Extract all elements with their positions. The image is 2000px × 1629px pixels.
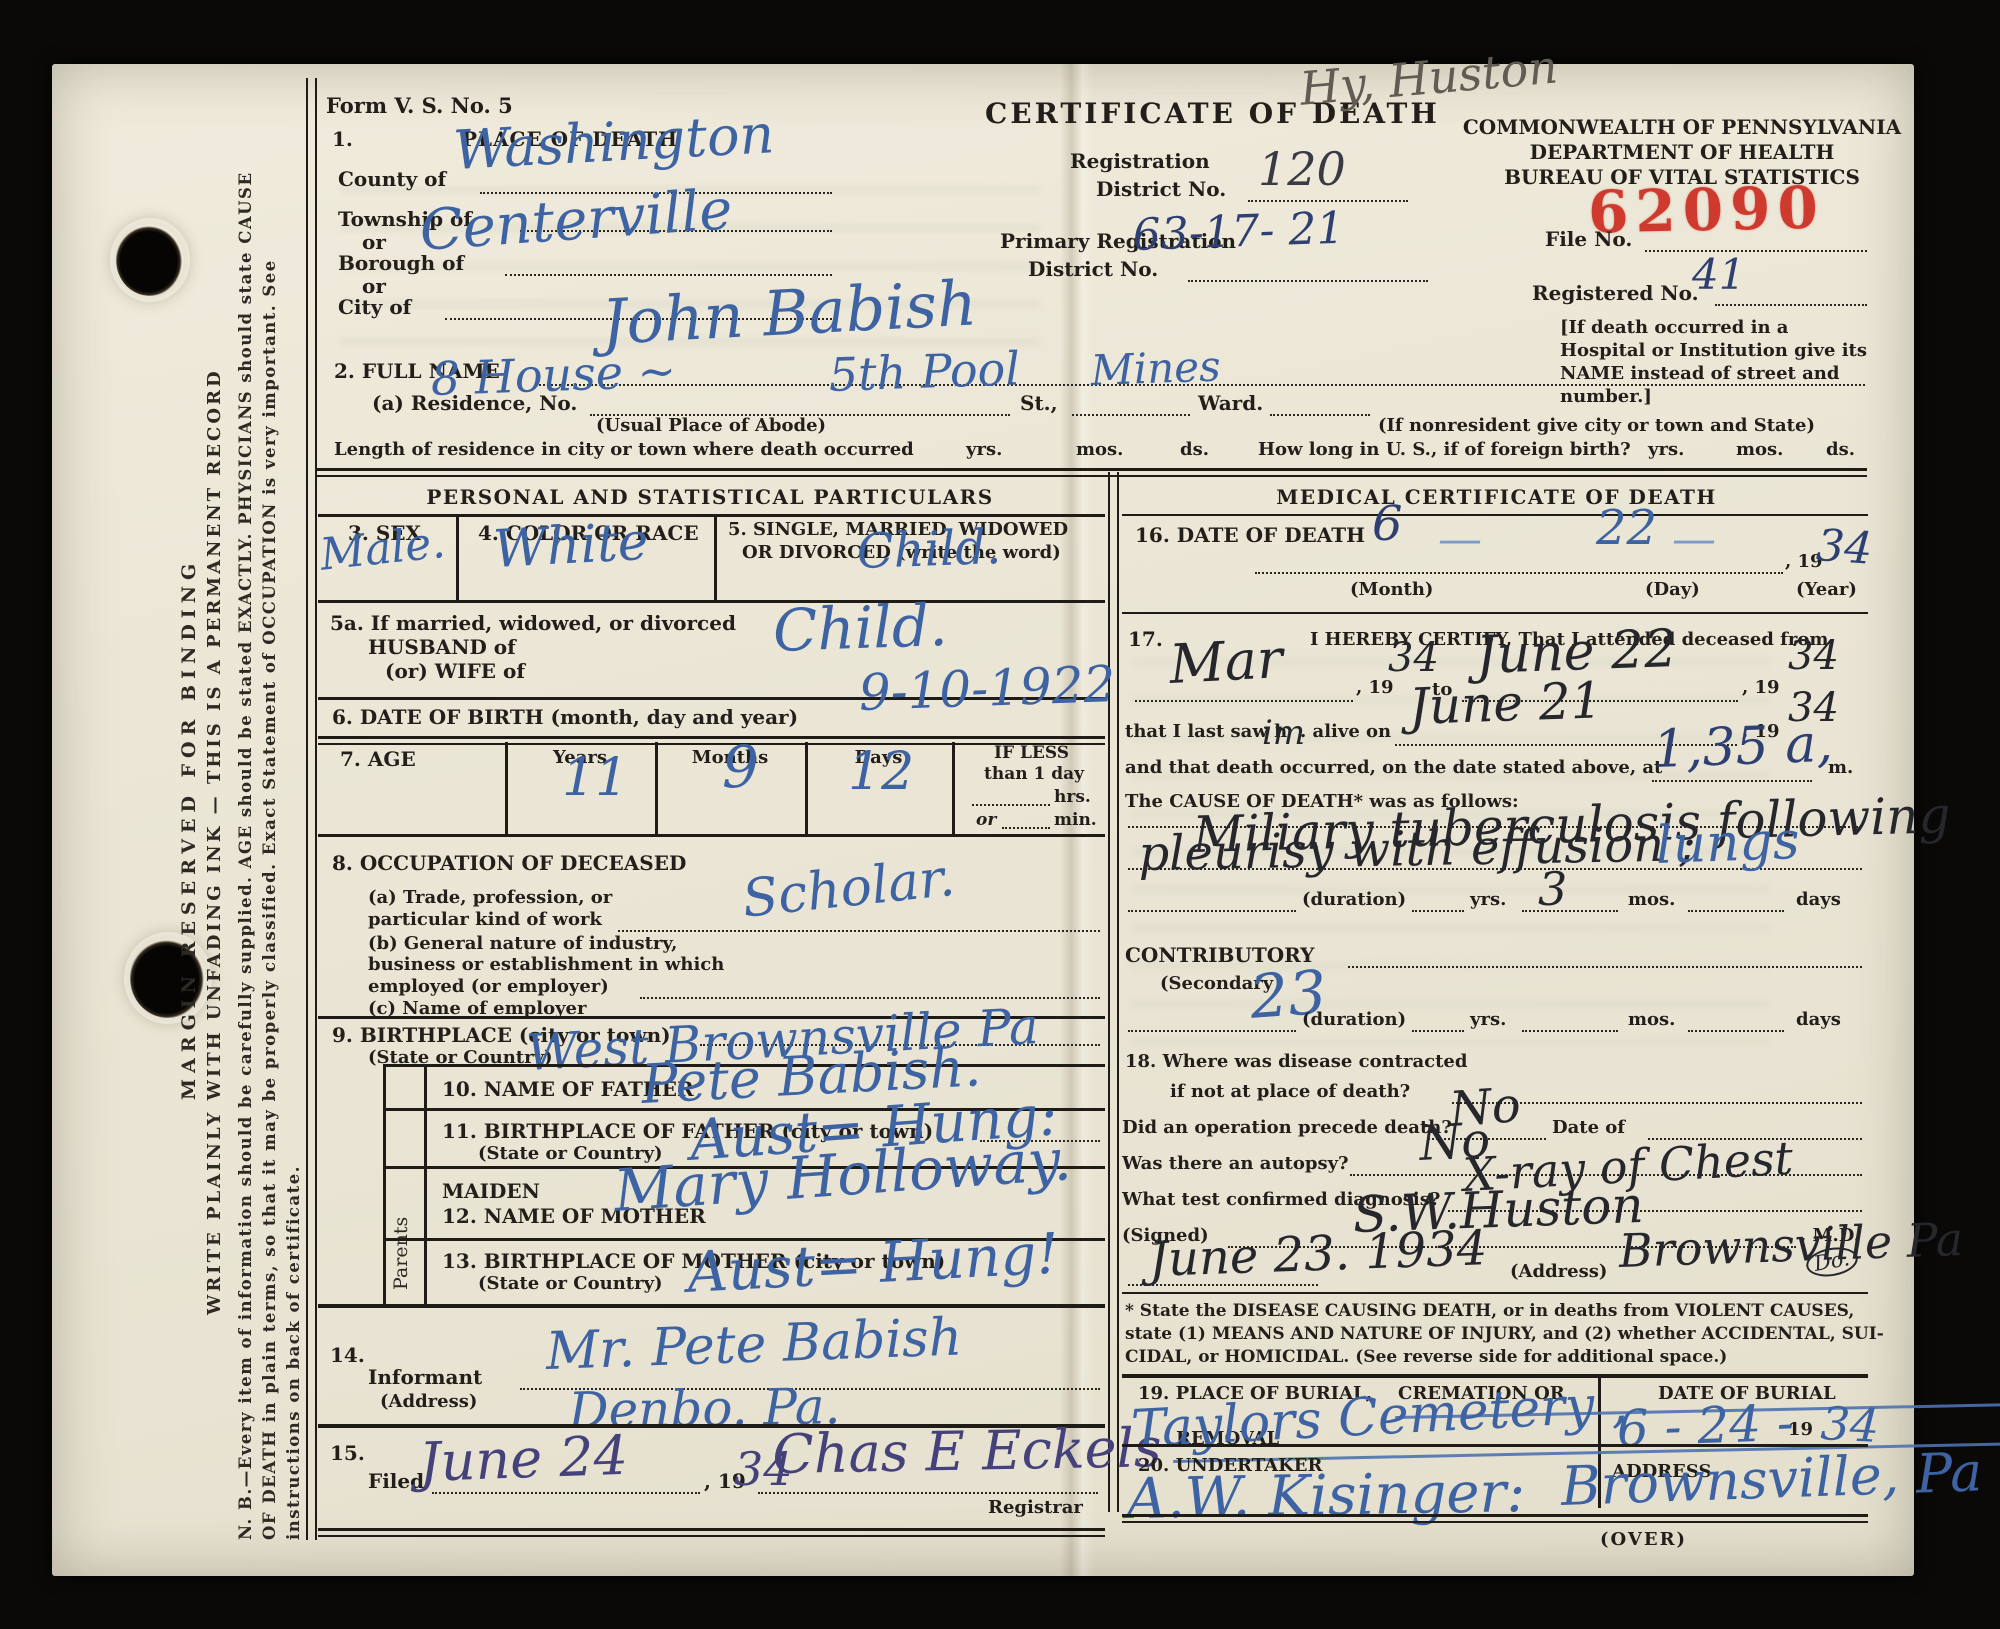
comma-19: , 19 [1742, 678, 1780, 699]
mother-birthplace-label2: (State or Country) [478, 1274, 663, 1295]
death-month-dash: — [1438, 518, 1482, 562]
dotted-line [432, 1492, 700, 1494]
filed-number: 15. [330, 1442, 365, 1465]
form-number: Form V. S. No. 5 [326, 94, 513, 118]
filed-label: Filed [368, 1470, 424, 1493]
duration-label: (duration) [1302, 890, 1406, 911]
rule-line [318, 1528, 1105, 1537]
age-months-value: 9 [722, 738, 759, 796]
yrs-label: yrs. [966, 440, 1002, 461]
month-header: (Month) [1350, 580, 1433, 601]
dob-value: 9-10-1922 [858, 659, 1116, 718]
margin-note-line3: instructions on back of certificate. [284, 1105, 303, 1540]
dotted-line [1128, 1030, 1296, 1032]
husband-label1: 5a. If married, widowed, or divorced [330, 612, 736, 635]
ward-label: Ward. [1198, 392, 1263, 415]
dotted-line [1270, 414, 1370, 416]
signed-date-value: June 23. 1934 [1148, 1224, 1488, 1284]
rule-line [1122, 612, 1868, 614]
dotted-line [1072, 414, 1190, 416]
disease-contracted-label1: 18. Where was disease contracted [1125, 1052, 1467, 1073]
dotted-line [1248, 200, 1408, 202]
address-label: (Address) [1510, 1262, 1607, 1283]
section17-number: 17. [1128, 628, 1163, 651]
occupation-b-label3: employed (or employer) [368, 977, 609, 998]
residence-value-1: 8 House ~ [430, 347, 677, 402]
registration-label1: Registration [1070, 150, 1210, 173]
column-divider [1108, 472, 1119, 1512]
death-month-value: 6 [1372, 500, 1403, 548]
abode-note: (Usual Place of Abode) [596, 416, 826, 437]
mos-label: mos. [1076, 440, 1123, 461]
dotted-line [1688, 910, 1784, 912]
him-handwritten: im [1262, 716, 1305, 750]
sex-value: Male. [318, 521, 447, 578]
death-year-value: 34 [1815, 524, 1874, 572]
occupation-a-label1: (a) Trade, profession, or [368, 888, 612, 909]
year-header: (Year) [1796, 580, 1857, 601]
ds-label: ds. [1180, 440, 1209, 461]
yrs-label: yrs. [1648, 440, 1684, 461]
autopsy-label: Was there an autopsy? [1122, 1154, 1349, 1175]
dotted-line [1645, 250, 1867, 252]
rule-line [315, 468, 1867, 477]
burial-year-value: 34 [1820, 1400, 1881, 1449]
mos-label: mos. [1736, 440, 1783, 461]
dotted-line [1522, 910, 1618, 912]
last-saw-label2: . alive on [1300, 722, 1391, 743]
cell-divider [714, 514, 717, 600]
residence-value-3: Mines [1090, 345, 1221, 392]
rule-line [1122, 1444, 1868, 1447]
death-day-dash: — [1672, 518, 1716, 562]
dotted-line [1715, 304, 1867, 306]
death-time-value: 1,35 a, [1652, 718, 1834, 776]
personal-particulars-heading: PERSONAL AND STATISTICAL PARTICULARS [315, 486, 1105, 509]
rule-line [318, 1304, 1105, 1308]
informant-address-label: (Address) [380, 1392, 477, 1413]
dotted-line [1128, 910, 1296, 912]
husband-label3: (or) WIFE of [385, 660, 525, 683]
registration-district-value: 120 [1258, 146, 1346, 192]
occupation-b-label2: business or establishment in which [368, 955, 724, 976]
footnote-line1: * State the DISEASE CAUSING DEATH, or in… [1125, 1302, 1854, 1322]
race-value: White [492, 516, 650, 576]
dotted-line [1188, 280, 1428, 282]
margin-note-line1: N. B.—Every item of information should b… [236, 95, 255, 1540]
age-days-value: 12 [848, 746, 914, 798]
registrar-signature: Chas E Eckels [772, 1421, 1162, 1482]
hole-punch [116, 224, 184, 296]
binding-rule [306, 78, 317, 1540]
length-residence-label: Length of residence in city or town wher… [334, 440, 914, 461]
dotted-line [1348, 966, 1862, 968]
rule-line [318, 834, 1105, 837]
occupation-label: 8. OCCUPATION OF DECEASED [332, 852, 686, 875]
rule-line [1122, 1374, 1868, 1378]
attended-to-year: 34 [1788, 636, 1839, 676]
hospital-note: [If death occurred in a Hospital or Inst… [1560, 316, 1872, 408]
attended-from-value: Mar [1168, 632, 1284, 692]
scanned-death-certificate: MARGIN RESERVED FOR BINDING WRITE PLAINL… [0, 0, 2000, 1629]
rule-line [1122, 514, 1868, 516]
mos-label: mos. [1628, 1010, 1675, 1031]
death-day-value: 22 [1596, 504, 1657, 552]
footnote-line2: state (1) MEANS AND NATURE OF INJURY, an… [1125, 1325, 1884, 1345]
dotted-line [1255, 572, 1783, 574]
primary-district-value: 63-17- 21 [1132, 207, 1345, 258]
dotted-line [1412, 1030, 1464, 1032]
days-label: days [1796, 890, 1841, 911]
cell-divider [952, 742, 955, 834]
section1-number: 1. [332, 128, 353, 151]
cell-divider [655, 742, 658, 834]
rule-line [1122, 1292, 1868, 1294]
agency-line2: DEPARTMENT OF HEALTH [1462, 141, 1902, 164]
dotted-line [1135, 700, 1353, 702]
last-saw-date: June 21 [1408, 675, 1603, 732]
residence-value-2: 5th Pool [828, 345, 1021, 398]
dotted-line [758, 1492, 1098, 1494]
cause-line2: pleurisy with effusion ; [1138, 820, 1696, 878]
dotted-line [1652, 780, 1812, 782]
margin-note-line2: OF DEATH in plain terms, so that it may … [260, 95, 279, 1540]
date-of-label: Date of [1552, 1118, 1625, 1139]
rule-line [1122, 1514, 1868, 1523]
hrs-label: hrs. [1054, 788, 1091, 808]
file-no-label: File No. [1545, 228, 1632, 251]
day-header: (Day) [1645, 580, 1700, 601]
or-word: or [976, 811, 996, 831]
county-value: Washington [452, 107, 775, 178]
physician-address-value: Brownsville Pa [1618, 1216, 1964, 1274]
how-long-us-label: How long in U. S., if of foreign birth? [1258, 440, 1631, 461]
informant-label: Informant [368, 1366, 482, 1389]
occupation-b-label1: (b) General nature of industry, [368, 934, 677, 955]
occupation-a-label2: particular kind of work [368, 910, 602, 931]
dotted-line [1688, 1030, 1784, 1032]
age-years-value: 11 [562, 752, 628, 804]
mos-label: mos. [1628, 890, 1675, 911]
days-label: days [1796, 1010, 1841, 1031]
disease-contracted-label2: if not at place of death? [1170, 1082, 1410, 1103]
medical-certificate-heading: MEDICAL CERTIFICATE OF DEATH [1125, 486, 1868, 509]
agency-line1: COMMONWEALTH OF PENNSYLVANIA [1462, 116, 1902, 139]
parents-vertical-label: Parents [390, 1120, 412, 1290]
dotted-line [1002, 827, 1050, 829]
if-less-label2: than 1 day [984, 765, 1084, 785]
comma-19: , 19 [1356, 678, 1394, 699]
street-label: St., [1020, 392, 1058, 415]
registration-label2: District No. [1096, 178, 1226, 201]
county-label: County of [338, 168, 446, 191]
dotted-line [1522, 1030, 1618, 1032]
if-less-label1: IF LESS [994, 744, 1069, 764]
over-label: (OVER) [1600, 1530, 1687, 1551]
duration-label: (duration) [1302, 1010, 1406, 1031]
age-label: 7. AGE [340, 748, 416, 771]
undertaker-address-value: Brownsville, Pa [1560, 1445, 1983, 1514]
min-label: min. [1054, 811, 1097, 831]
cell-divider [505, 742, 508, 834]
cell-divider [456, 514, 459, 600]
registered-no-label: Registered No. [1532, 282, 1699, 305]
dob-label: 6. DATE OF BIRTH (month, day and year) [332, 706, 798, 729]
margin-permanent-record-note: WRITE PLAINLY WITH UNFADING INK — THIS I… [204, 330, 225, 1315]
parents-box-edge [424, 1064, 427, 1304]
informant-number: 14. [330, 1344, 365, 1367]
attended-from-year: 34 [1388, 638, 1439, 678]
parents-box-edge [383, 1064, 386, 1304]
primary-registration-label2: District No. [1028, 258, 1158, 281]
m-label: m. [1828, 758, 1853, 779]
husband-label2: HUSBAND of [368, 636, 516, 659]
husband-wife-value: Child. [772, 596, 948, 660]
dotted-line [972, 804, 1050, 806]
informant-value: Mr. Pete Babish [545, 1311, 963, 1378]
dotted-line [618, 930, 1100, 932]
margin-binding-note: MARGIN RESERVED FOR BINDING [178, 555, 200, 1100]
footnote-line3: CIDAL, or HOMICIDAL. (See reverse side f… [1125, 1348, 1727, 1368]
filed-date-value: June 24 [418, 1429, 629, 1490]
nineteen-label: 19 [1788, 1420, 1813, 1441]
maiden-label: MAIDEN [442, 1180, 540, 1203]
registered-no-value: 41 [1692, 254, 1745, 296]
ds-label: ds. [1826, 440, 1855, 461]
cause-line2-lungs: lungs [1655, 815, 1800, 872]
cell-divider [805, 742, 808, 834]
full-name-value: John Babish [600, 272, 978, 354]
city-label: City of [338, 296, 411, 319]
nonresident-note: (If nonresident give city or town and St… [1378, 416, 1815, 437]
yrs-label: yrs. [1470, 1010, 1506, 1031]
rule-line [318, 600, 1105, 603]
yrs-label: yrs. [1470, 890, 1506, 911]
registrar-label: Registrar [988, 1498, 1083, 1519]
dotted-line [1412, 910, 1464, 912]
rule-line [318, 736, 1105, 745]
death-occurred-label: and that death occurred, on the date sta… [1125, 758, 1662, 779]
operation-label: Did an operation precede death? [1122, 1118, 1452, 1139]
duration-months-value: 3 [1538, 866, 1567, 912]
date-of-death-label: 16. DATE OF DEATH [1135, 524, 1365, 547]
marital-value: Child. [856, 523, 1002, 576]
